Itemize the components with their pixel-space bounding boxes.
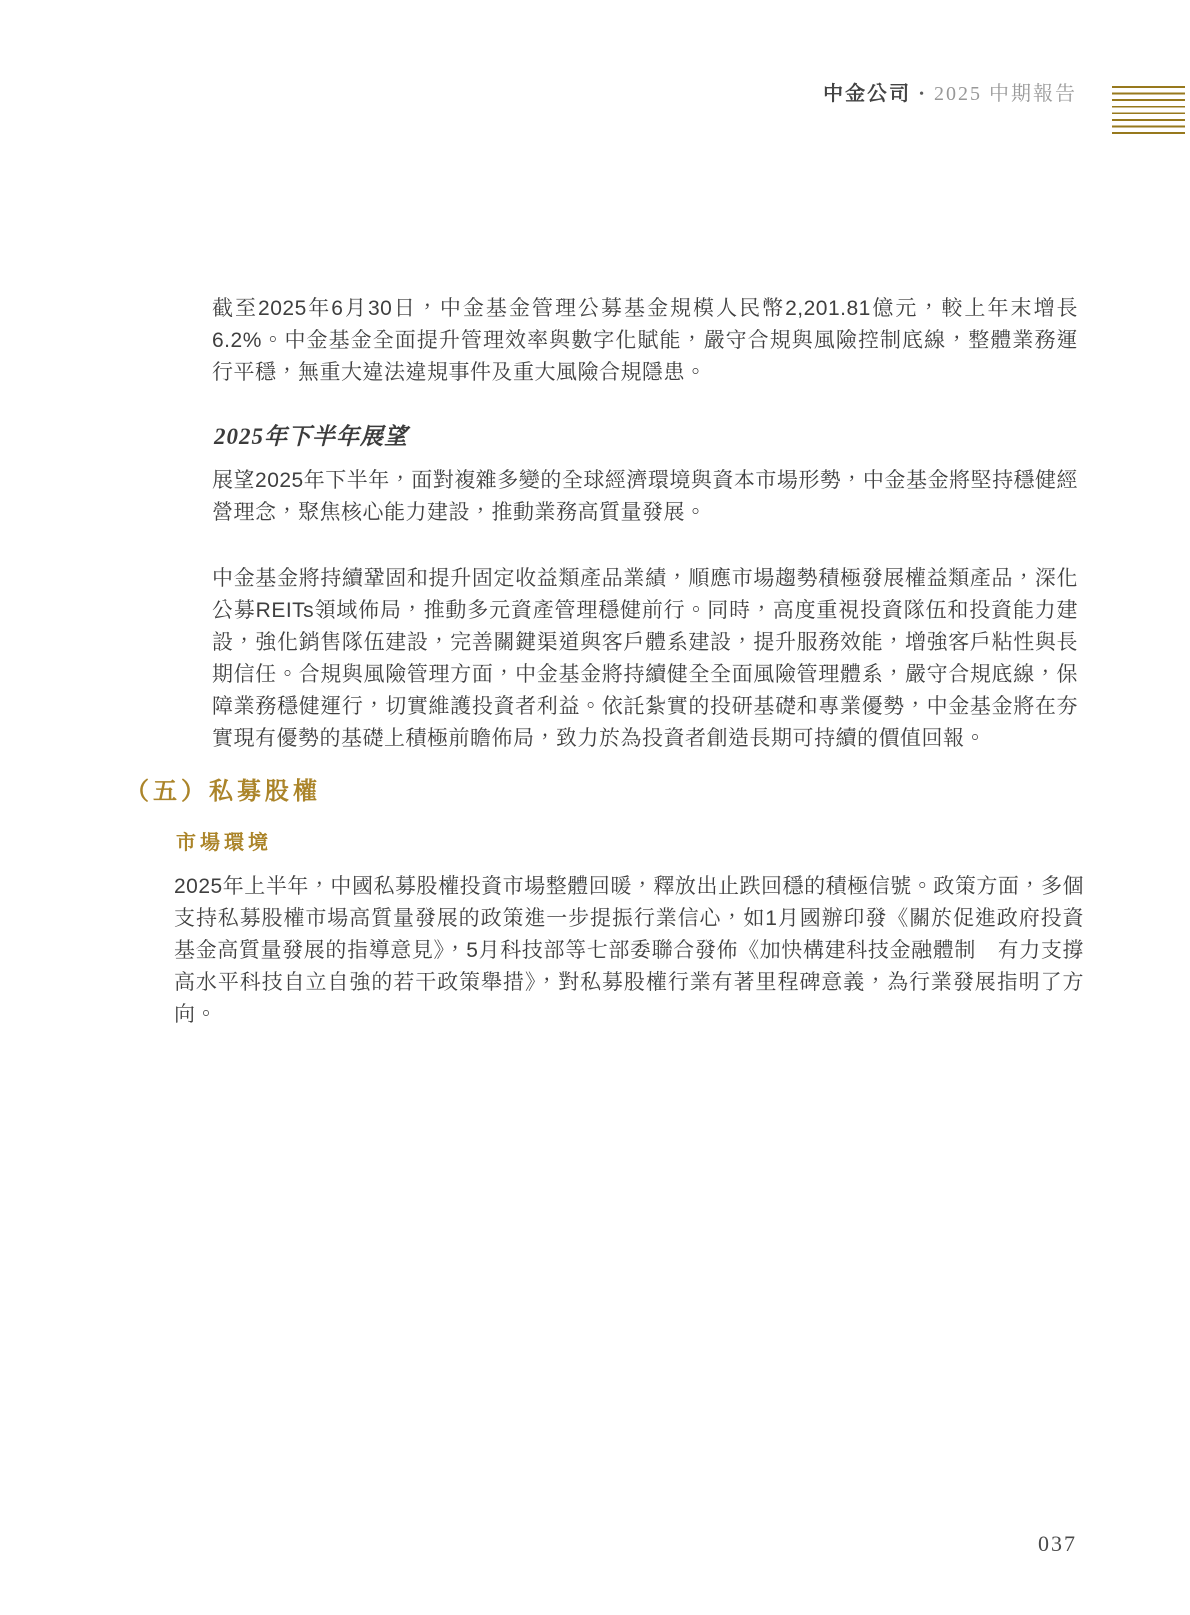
decorative-stripes bbox=[1112, 86, 1185, 139]
paragraph-outlook-detail: 中金基金將持續鞏固和提升固定收益類產品業績，順應市場趨勢積極發展權益類產品，深化… bbox=[212, 563, 1078, 755]
section-heading-private-equity: （五）私募股權 bbox=[125, 777, 321, 807]
company-name: 中金公司 bbox=[823, 83, 911, 105]
paragraph-outlook-intro: 展望2025年下半年，面對複雜多變的全球經濟環境與資本市場形勢，中金基金將堅持穩… bbox=[212, 465, 1078, 529]
outlook-heading: 2025年下半年展望 bbox=[214, 423, 408, 451]
report-title: 2025 中期報告 bbox=[934, 83, 1077, 105]
paragraph-fund-scale: 截至2025年6月30日，中金基金管理公募基金規模人民幣2,201.81億元，較… bbox=[212, 293, 1078, 389]
sub-heading-market-environment: 市場環境 bbox=[176, 830, 272, 856]
page-number: 037 bbox=[1038, 1531, 1077, 1557]
paragraph-market-environment: 2025年上半年，中國私募股權投資市場整體回暖，釋放出止跌回穩的積極信號。政策方… bbox=[174, 871, 1084, 1031]
page-header: 中金公司•2025 中期報告 bbox=[823, 82, 1077, 107]
report-page: 中金公司•2025 中期報告 截至2025年6月30日，中金基金管理公募基金規模… bbox=[0, 0, 1190, 1615]
header-separator-dot: • bbox=[911, 87, 934, 102]
